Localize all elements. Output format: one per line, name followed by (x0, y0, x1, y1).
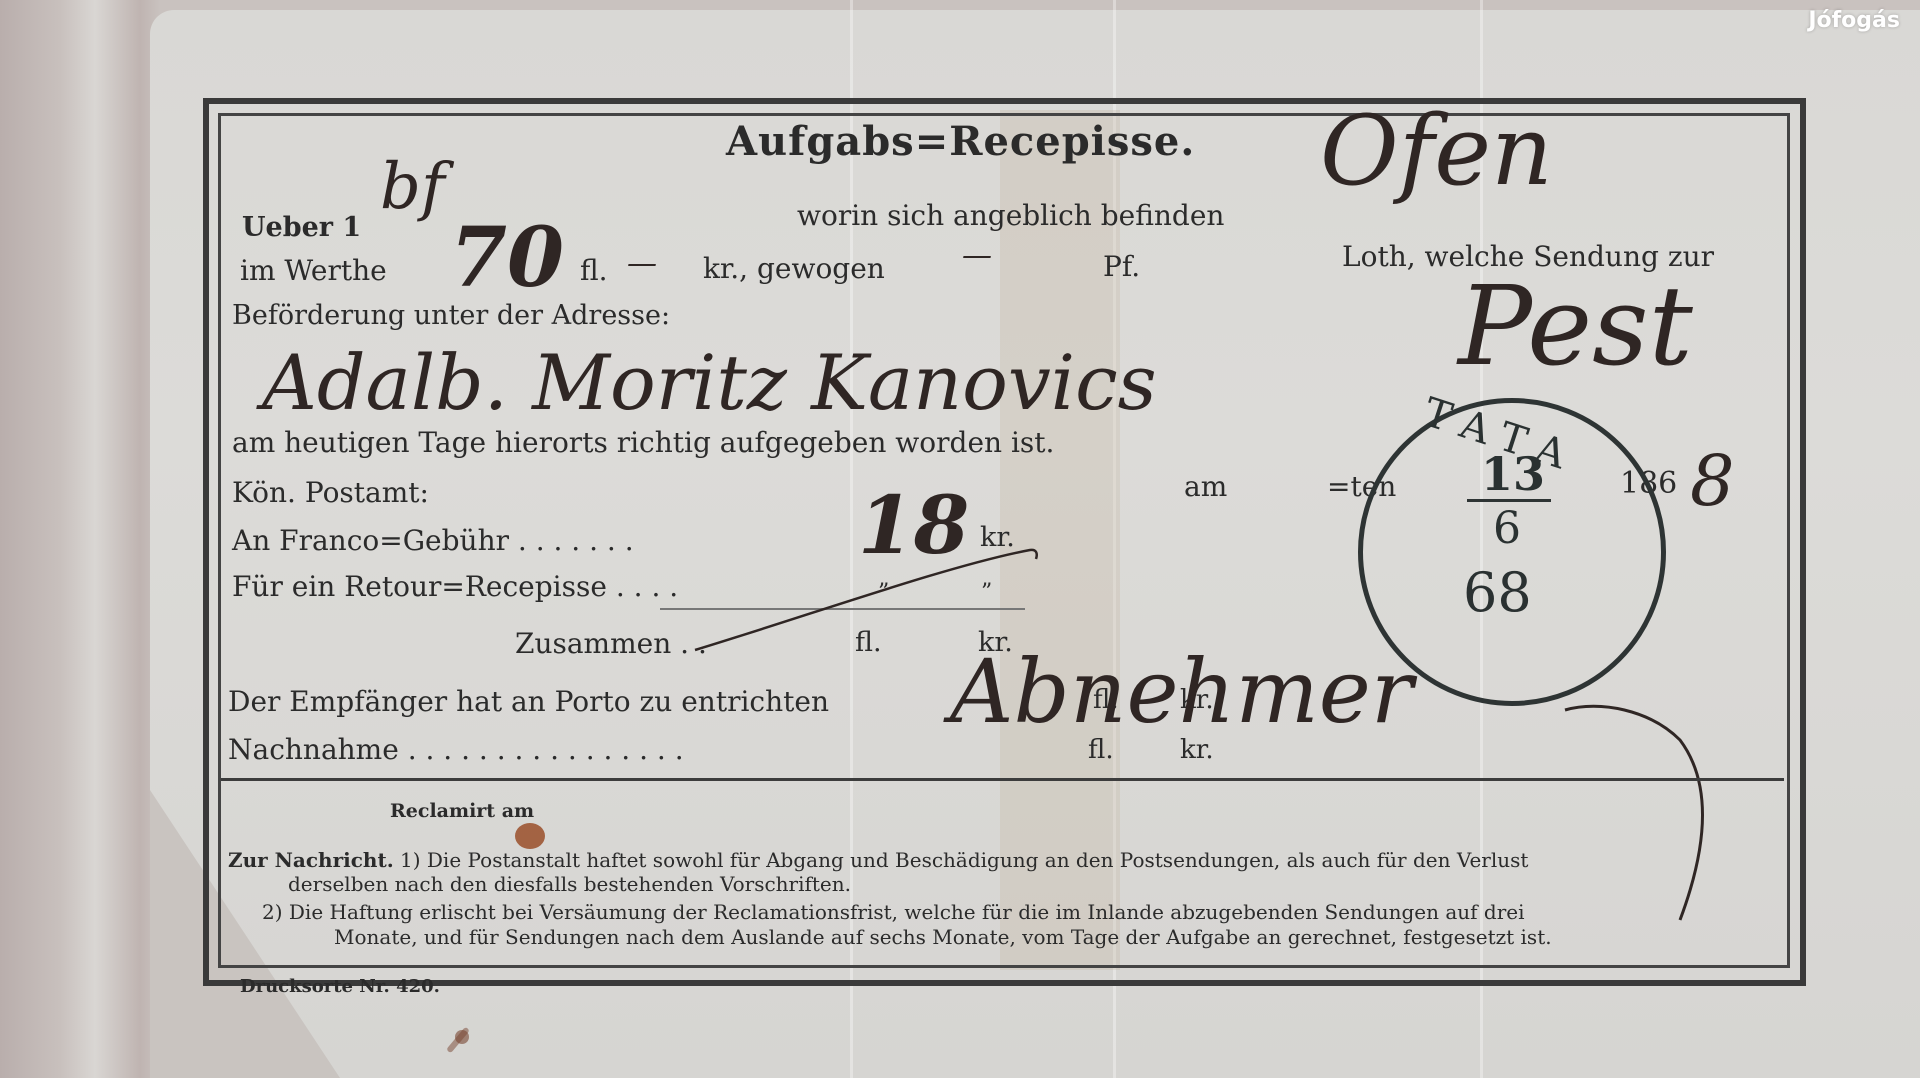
notice-2-line-1: 2) Die Haftung erlischt bei Versäumung d… (262, 900, 1525, 924)
rust-stain (515, 823, 545, 849)
label-post-office: Kön. Postamt: (232, 476, 429, 509)
handwritten-dash: — (962, 238, 992, 273)
postmark-year: 68 (1463, 561, 1532, 624)
label-total-fl: fl. (855, 627, 882, 658)
handwritten-item-count: bf (380, 150, 445, 224)
label-cash-on-delivery: Nachnahme . . . . . . . . . . . . . . . … (228, 733, 684, 766)
signature-flourish (1560, 680, 1750, 930)
form-title: Aufgabs=Recepisse. (726, 118, 1195, 165)
notice-heading: Zur Nachricht. (228, 848, 394, 872)
label-kr-weighed: kr., gewogen (703, 252, 885, 285)
handwritten-signature: Abnehmer (950, 640, 1413, 743)
handwritten-dash: — (627, 246, 657, 281)
label-ueber: Ueber 1 (242, 212, 361, 243)
handwritten-year-suffix: 8 (1690, 440, 1735, 522)
print-form-number: Drucksorte Nr. 420. (240, 976, 440, 997)
label-date-am: am (1184, 470, 1227, 503)
notice-1-line-2: derselben nach den diesfalls bestehenden… (288, 872, 851, 896)
label-contents: worin sich angeblich befinden (797, 199, 1224, 232)
handwritten-destination: Pest (1458, 262, 1693, 390)
handwritten-addressee: Adalb. Moritz Kanovics (262, 338, 1157, 427)
label-pf: Pf. (1103, 250, 1140, 283)
postmark-month: 6 (1493, 503, 1521, 554)
watermark-logo: Jófogás (1808, 8, 1900, 33)
label-address: Beförderung unter der Adresse: (232, 300, 670, 331)
label-posted-today: am heutigen Tage hierorts richtig aufgeg… (232, 426, 1054, 459)
notice-paragraph-1: Zur Nachricht. 1) Die Postanstalt haftet… (228, 848, 1528, 872)
handwritten-origin: Ofen (1320, 95, 1553, 207)
section-divider (221, 778, 1784, 781)
label-value: im Werthe (240, 254, 387, 287)
postmark-day: 13 (1481, 447, 1545, 501)
label-fl: fl. (580, 254, 608, 287)
label-franco-fee: An Franco=Gebühr . . . . . . . (232, 524, 634, 557)
handwritten-value: 70 (450, 210, 564, 306)
label-return-receipt: Für ein Retour=Recepisse . . . . (232, 570, 678, 603)
label-reclaimed-on: Reclamirt am (390, 800, 534, 822)
label-recipient-postage: Der Empfänger hat an Porto zu entrichten (228, 685, 829, 718)
label-total: Zusammen . . (515, 627, 707, 660)
notice-2-line-2: Monate, und für Sendungen nach dem Ausla… (334, 925, 1552, 949)
postmark-fraction-line (1467, 499, 1551, 502)
postmark-stamp: TATA 13 6 68 (1358, 398, 1666, 706)
notice-1-line-1: 1) Die Postanstalt haftet sowohl für Abg… (400, 848, 1528, 872)
